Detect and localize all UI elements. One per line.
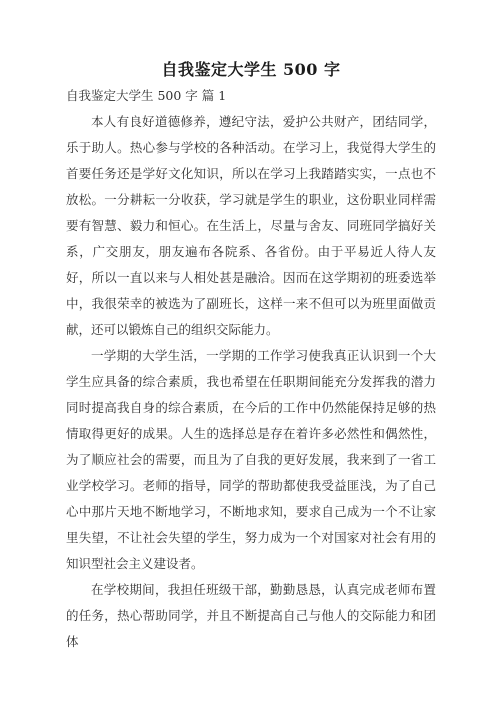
paragraph-3: 在学校期间，我担任班级干部，勤勤恳恳，认真完成老师布置的任务，热心帮助同学，并且… — [66, 577, 436, 655]
document-subtitle: 自我鉴定大学生 500 字 篇 1 — [66, 83, 436, 109]
document-title: 自我鉴定大学生 500 字 — [66, 57, 436, 83]
paragraph-2: 一学期的大学生活，一学期的工作学习使我真正认识到一个大学生应具备的综合素质，我也… — [66, 343, 436, 577]
document-page: 自我鉴定大学生 500 字 自我鉴定大学生 500 字 篇 1 本人有良好道德修… — [0, 0, 500, 707]
paragraph-1: 本人有良好道德修养，遵纪守法，爱护公共财产，团结同学，乐于助人。热心参与学校的各… — [66, 109, 436, 343]
